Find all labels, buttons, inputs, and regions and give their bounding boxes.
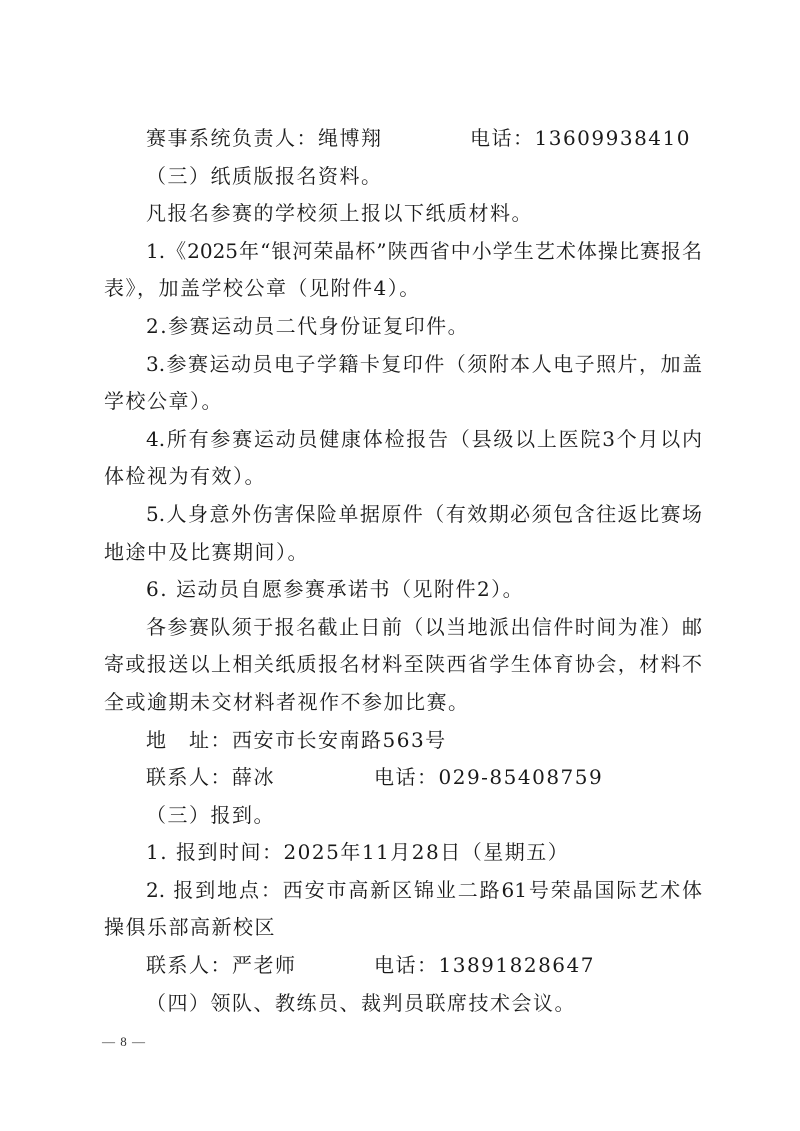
list-item-6: 6. 运动员自愿参赛承诺书（见附件2）。 [104,571,702,609]
contact-line-xue: 联系人：薛冰 电话：029-85408759 [104,759,702,797]
registration-location: 2. 报到地点：西安市高新区锦业二路61号荣晶国际艺术体 [104,872,702,910]
list-item-1-wrap: 表》，加盖学校公章（见附件4）。 [104,270,702,308]
contact-label: 联系人：严老师 [146,947,374,985]
contact-line-system: 赛事系统负责人：绳博翔 电话：13609938410 [104,120,702,158]
document-page: 赛事系统负责人：绳博翔 电话：13609938410 （三）纸质版报名资料。 凡… [104,120,702,1022]
registration-time: 1. 报到时间：2025年11月28日（星期五） [104,834,702,872]
list-item-1: 1.《2025年“银河荣晶杯”陕西省中小学生艺术体操比赛报名 [104,233,702,271]
list-item-4: 4.所有参赛运动员健康体检报告（县级以上医院3个月以内 [104,421,702,459]
paragraph-deadline-wrap2: 全或逾期未交材料者视作不参加比赛。 [104,684,702,722]
contact-phone: 电话：029-85408759 [374,759,603,797]
list-item-5-wrap: 地途中及比赛期间）。 [104,534,702,572]
list-item-4-wrap: 体检视为有效）。 [104,458,702,496]
paragraph-deadline: 各参赛队须于报名截止日前（以当地派出信件时间为准）邮 [104,609,702,647]
contact-phone: 电话：13891828647 [374,947,595,985]
address-line: 地 址：西安市长安南路563号 [104,722,702,760]
list-item-5: 5.人身意外伤害保险单据原件（有效期必须包含往返比赛场 [104,496,702,534]
paragraph-intro: 凡报名参赛的学校须上报以下纸质材料。 [104,195,702,233]
registration-location-wrap: 操俱乐部高新校区 [104,909,702,947]
page-number: — 8 — [102,1034,146,1050]
contact-label: 赛事系统负责人：绳博翔 [146,120,470,158]
contact-phone: 电话：13609938410 [470,120,691,158]
contact-label: 联系人：薛冰 [146,759,374,797]
contact-line-yan: 联系人：严老师 电话：13891828647 [104,947,702,985]
paragraph-deadline-wrap: 寄或报送以上相关纸质报名材料至陕西省学生体育协会，材料不 [104,646,702,684]
section-heading-registration: （三）报到。 [104,797,702,835]
section-heading-technical-meeting: （四）领队、教练员、裁判员联席技术会议。 [104,985,702,1023]
list-item-3-wrap: 学校公章）。 [104,383,702,421]
list-item-2: 2.参赛运动员二代身份证复印件。 [104,308,702,346]
section-heading-paper-materials: （三）纸质版报名资料。 [104,158,702,196]
list-item-3: 3.参赛运动员电子学籍卡复印件（须附本人电子照片，加盖 [104,346,702,384]
